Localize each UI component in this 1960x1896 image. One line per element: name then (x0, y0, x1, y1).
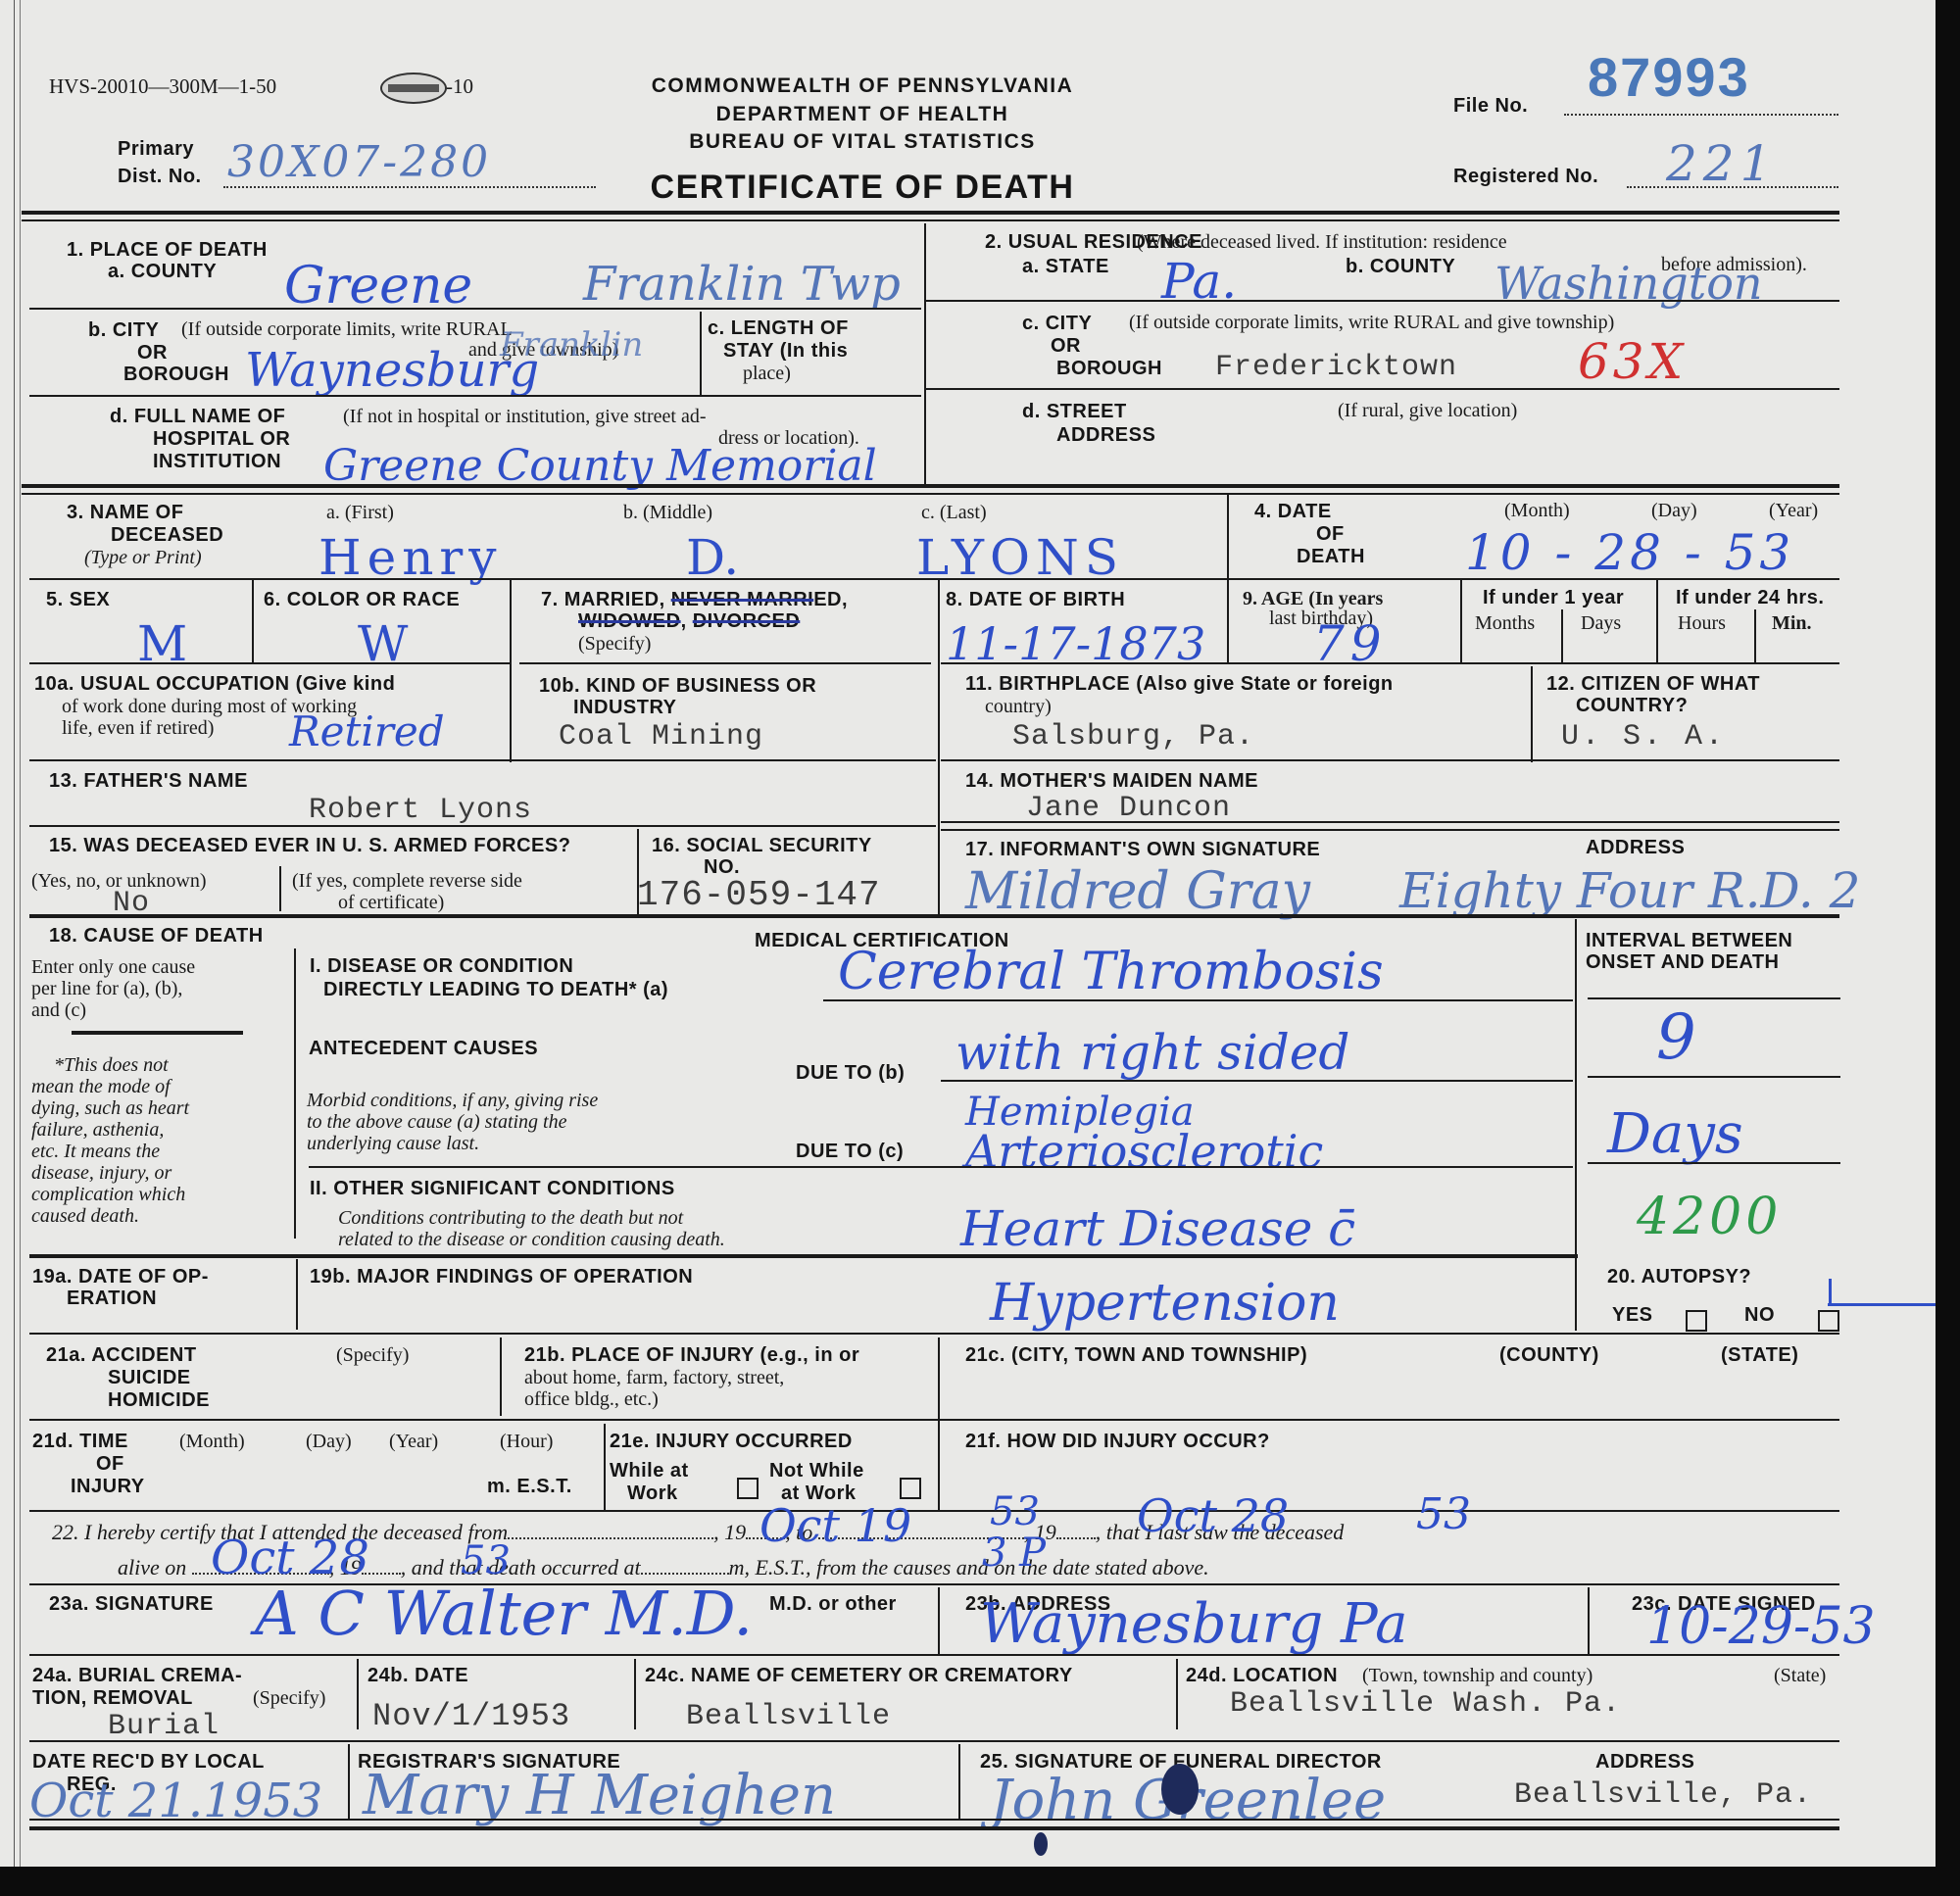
form-suffix: -10 (446, 75, 473, 98)
ssn-label: 16. SOCIAL SECURITY (652, 836, 872, 856)
cause-footnote: disease, injury, or (31, 1162, 171, 1184)
death-county-value[interactable]: Greene (284, 257, 472, 316)
divider (29, 1819, 1839, 1821)
injury-time-label: OF (96, 1454, 124, 1475)
interval-line (1588, 997, 1840, 999)
other-conditions-note: related to the disease or condition caus… (338, 1229, 725, 1250)
disposition-label: TION, REMOVAL (32, 1688, 193, 1709)
accident-label: 21a. ACCIDENT (46, 1345, 197, 1366)
cause-instructions: Enter only one cause (31, 956, 195, 978)
marital-status-label: 7. MARRIED, NEVER MARRIED, (541, 590, 848, 610)
date-of-birth-label: 8. DATE OF BIRTH (946, 590, 1125, 610)
time-of-death[interactable]: 3 P (982, 1531, 1046, 1576)
md-label: M.D. or other (769, 1594, 897, 1615)
divider (1460, 580, 1462, 664)
divider (29, 578, 1839, 580)
business-label: 10b. KIND OF BUSINESS OR (539, 676, 816, 697)
autopsy-no-mark (1828, 1303, 1935, 1306)
injury-time-label: 21d. TIME (32, 1432, 128, 1452)
morbid-note: to the above cause (a) stating the (307, 1111, 567, 1133)
city-label: OR (137, 343, 168, 364)
divider (29, 308, 921, 310)
divider (941, 662, 1839, 664)
length-of-stay-label: place) (743, 363, 791, 384)
citizenship-label: COUNTRY? (1576, 696, 1688, 716)
divider (1531, 666, 1533, 762)
injury-hour-label: (Hour) (500, 1431, 553, 1452)
primary-dist-label: Dist. No. (118, 167, 202, 187)
not-while-at-work-checkbox[interactable] (900, 1478, 921, 1499)
injury-state-label: (STATE) (1721, 1345, 1798, 1366)
registered-no-label: Registered No. (1453, 167, 1598, 187)
hospital-label: HOSPITAL OR (153, 429, 290, 450)
date-of-death-label: 4. DATE (1254, 502, 1332, 522)
year-label: (Year) (1769, 500, 1818, 521)
burial-location-label: 24d. LOCATION (1186, 1666, 1338, 1686)
under-year-label: If under 1 year (1483, 588, 1624, 608)
cause-footnote: complication which (31, 1184, 185, 1205)
divider (22, 493, 1839, 495)
cause-of-death-title: 18. CAUSE OF DEATH (49, 926, 264, 947)
operation-findings-label: 19b. MAJOR FINDINGS OF OPERATION (310, 1267, 693, 1288)
burial-state-label: (State) (1774, 1665, 1826, 1686)
autopsy-no-checkbox[interactable] (1818, 1310, 1839, 1332)
injury-day-label: (Day) (306, 1431, 352, 1452)
divider (29, 1419, 1839, 1421)
burial-date-value[interactable]: Nov/1/1953 (372, 1698, 570, 1734)
due-to-c-label: DUE TO (c) (796, 1142, 904, 1162)
divider (294, 948, 296, 1239)
physician-signature-label: 23a. SIGNATURE (49, 1594, 214, 1615)
divider (29, 1826, 1839, 1830)
ssn-value[interactable]: 176-059-147 (637, 875, 881, 915)
cemetery-value[interactable]: Beallsville (686, 1700, 891, 1733)
name-label: 3. NAME OF (67, 503, 183, 523)
disposition-specify: (Specify) (253, 1687, 325, 1709)
divider (357, 1659, 359, 1729)
hours-label: Hours (1678, 612, 1726, 634)
marital-status-label: WIDOWED, DIVORCED (578, 611, 800, 632)
residence-city-label: OR (1051, 336, 1081, 357)
length-of-stay-label: STAY (In this (723, 341, 848, 362)
attended-from-year[interactable]: 53 (990, 1489, 1040, 1534)
informant-address-label: ADDRESS (1586, 838, 1685, 858)
father-name-value[interactable]: Robert Lyons (309, 794, 532, 827)
interval-label: INTERVAL BETWEEN (1586, 931, 1792, 951)
usual-residence-note: (Where deceased lived. If institution: r… (1137, 231, 1507, 253)
accident-specify: (Specify) (336, 1344, 409, 1366)
divider (700, 312, 702, 396)
divider (29, 914, 1839, 918)
business-value[interactable]: Coal Mining (559, 720, 763, 754)
primary-dist-label: Primary (118, 139, 194, 160)
divider (938, 1587, 940, 1654)
occupation-label: 10a. USUAL OCCUPATION (Give kind (34, 674, 395, 695)
divider (296, 1259, 298, 1330)
residence-city-note: (If outside corporate limits, write RURA… (1129, 312, 1614, 333)
divider (29, 662, 510, 664)
divider (1561, 609, 1563, 664)
last-name-label: c. (Last) (921, 502, 987, 523)
other-conditions-value-1[interactable]: Heart Disease c̄ (960, 1200, 1355, 1257)
divider (348, 1744, 350, 1819)
operation-date-label: 19a. DATE OF OP- (32, 1267, 209, 1288)
divider (22, 211, 1839, 215)
date-of-death-label: OF (1316, 524, 1345, 545)
autopsy-no-label: NO (1744, 1305, 1775, 1326)
divider (1227, 580, 1229, 664)
residence-city-label: c. CITY (1022, 314, 1092, 334)
hospital-label: INSTITUTION (153, 452, 281, 472)
city-label: BOROUGH (123, 365, 229, 385)
death-township-value[interactable]: Franklin Twp (583, 257, 901, 312)
divider (941, 821, 1839, 823)
org-name: COMMONWEALTH OF PENNSYLVANIA (608, 75, 1117, 97)
other-conditions-note: Conditions contributing to the death but… (338, 1207, 683, 1229)
days-label: Days (1581, 612, 1621, 634)
cause-b-value[interactable]: with right sided (955, 1024, 1349, 1081)
disposition-label: 24a. BURIAL CREMA- (32, 1666, 242, 1686)
business-label: INDUSTRY (573, 698, 676, 718)
cause-instructions: per line for (a), (b), (31, 978, 182, 999)
primary-dist-number: 30X07-280 (227, 137, 491, 187)
divider (1588, 1587, 1590, 1654)
divider (72, 1031, 243, 1035)
divider (29, 1654, 1839, 1656)
form-code: HVS-20010—300M—1-50 (49, 75, 276, 98)
morbid-note: underlying cause last. (307, 1133, 479, 1154)
divider (309, 1166, 1573, 1168)
armed-forces-sub: (If yes, complete reverse side (292, 870, 522, 892)
informant-signature[interactable]: Mildred Gray (965, 862, 1310, 921)
divider (634, 1659, 636, 1729)
state-label: a. STATE (1022, 257, 1109, 277)
cemetery-label: 24c. NAME OF CEMETERY OR CREMATORY (645, 1666, 1073, 1686)
informant-label: 17. INFORMANT'S OWN SIGNATURE (965, 840, 1320, 860)
birthplace-value[interactable]: Salsburg, Pa. (1012, 720, 1254, 754)
accident-label: HOMICIDE (108, 1390, 210, 1411)
divider (29, 759, 936, 761)
interval-value[interactable]: 9 (1656, 1001, 1696, 1074)
autopsy-yes-checkbox[interactable] (1686, 1310, 1707, 1332)
middle-name-label: b. (Middle) (623, 502, 712, 523)
armed-forces-label: 15. WAS DECEASED EVER IN U. S. ARMED FOR… (49, 836, 570, 856)
interval-unit[interactable]: Days (1607, 1102, 1743, 1166)
file-no-line (1564, 114, 1838, 116)
file-no-stamp: 87993 (1588, 45, 1750, 109)
cause-footnote: dying, such as heart (31, 1097, 189, 1119)
day-label: (Day) (1651, 500, 1697, 521)
cause-c-value-2[interactable]: Arteriosclerotic (965, 1125, 1323, 1178)
city-label: b. CITY (88, 320, 159, 341)
cause-a-value[interactable]: Cerebral Thrombosis (838, 943, 1384, 1001)
name-label: DECEASED (111, 525, 223, 546)
registered-no-value: 221 (1666, 135, 1777, 192)
autopsy-no-mark (1829, 1279, 1832, 1306)
race-label: 6. COLOR OR RACE (264, 590, 460, 610)
occupation-label: life, even if retired) (62, 717, 214, 739)
attended-to-date[interactable]: Oct 28 (1137, 1489, 1289, 1542)
divider (926, 388, 1839, 390)
cause-footnote: etc. It means the (31, 1141, 160, 1162)
divider (938, 580, 940, 762)
divider (938, 1337, 940, 1510)
divider (1754, 609, 1756, 664)
certificate-paper: HVS-20010—300M—1-50 -10 Primary Dist. No… (0, 0, 1935, 1867)
page-border-line (14, 0, 15, 1867)
interval-line (1588, 1162, 1840, 1164)
under-day-label: If under 24 hrs. (1676, 588, 1824, 608)
divider (924, 223, 926, 488)
place-of-injury-label: office bldg., etc.) (524, 1388, 659, 1410)
date-received-label: DATE REC'D BY LOCAL (32, 1752, 265, 1773)
place-of-death-title: 1. PLACE OF DEATH (67, 240, 268, 261)
disease-label: I. DISEASE OR CONDITION (310, 956, 573, 977)
informant-address-value[interactable]: Eighty Four R.D. 2 (1399, 862, 1860, 919)
divider (519, 662, 931, 664)
divider (938, 762, 940, 833)
while-at-work-checkbox[interactable] (737, 1478, 759, 1499)
divider (958, 1744, 960, 1819)
date-of-death-label: DEATH (1297, 547, 1365, 567)
not-while-at-work-label: Not While (769, 1461, 864, 1482)
citizenship-value[interactable]: U. S. A. (1561, 720, 1726, 754)
disposition-value[interactable]: Burial (108, 1710, 220, 1743)
physician-signature[interactable]: A C Walter M.D. (255, 1578, 753, 1649)
cause-footnote: *This does not (54, 1054, 169, 1076)
autopsy-yes-label: YES (1612, 1305, 1653, 1326)
street-note: (If rural, give location) (1338, 400, 1517, 421)
marital-specify: (Specify) (578, 633, 651, 655)
residence-city-code: 63X (1578, 333, 1687, 390)
cause-instructions: and (c) (31, 999, 86, 1021)
while-at-work-label: While at (610, 1461, 689, 1482)
divider (29, 1510, 1839, 1512)
antecedent-label: ANTECEDENT CAUSES (309, 1039, 538, 1059)
place-of-injury-label: 21b. PLACE OF INJURY (e.g., in or (524, 1345, 859, 1366)
divider (29, 395, 921, 397)
street-label: d. STREET (1022, 402, 1127, 422)
residence-city-label: BOROUGH (1056, 359, 1162, 379)
sex-label: 5. SEX (46, 590, 110, 610)
interval-label: ONSET AND DEATH (1586, 952, 1780, 973)
months-label: Months (1475, 612, 1535, 634)
morbid-note: Morbid conditions, if any, giving rise (307, 1090, 598, 1111)
injury-est-label: m. E.S.T. (487, 1477, 572, 1497)
page-border-line (20, 0, 21, 1867)
divider (22, 219, 1839, 221)
first-name-label: a. (First) (326, 502, 394, 523)
citizenship-label: 12. CITIZEN OF WHAT (1546, 674, 1760, 695)
while-at-work-label: Work (627, 1483, 678, 1504)
cause-footnote: failure, asthenia, (31, 1119, 164, 1141)
date-of-death-value[interactable]: 10 - 28 - 53 (1465, 524, 1794, 581)
mother-name-value[interactable]: Jane Duncon (1026, 792, 1231, 825)
divider (941, 829, 1839, 831)
injury-month-label: (Month) (179, 1431, 245, 1452)
disease-label: DIRECTLY LEADING TO DEATH* (a) (323, 980, 668, 1000)
mother-name-label: 14. MOTHER'S MAIDEN NAME (965, 771, 1258, 792)
injury-year-label: (Year) (389, 1431, 438, 1452)
divider (1227, 495, 1229, 583)
date-signed-value[interactable]: 10-29-53 (1646, 1597, 1876, 1656)
burial-location-value[interactable]: Beallsville Wash. Pa. (1230, 1687, 1621, 1721)
injury-county-label: (COUNTY) (1499, 1345, 1599, 1366)
divider (604, 1424, 606, 1510)
armed-forces-sub: of certificate) (338, 892, 444, 913)
operation-date-label: ERATION (67, 1288, 157, 1309)
cause-footnote: caused death. (31, 1205, 139, 1227)
hospital-note: (If not in hospital or institution, give… (343, 406, 707, 427)
burial-date-label: 24b. DATE (367, 1666, 468, 1686)
file-no-label: File No. (1453, 96, 1528, 117)
ink-blot (1034, 1832, 1048, 1856)
death-city-overwrite: Franklin (500, 325, 643, 365)
divider (1575, 919, 1577, 1331)
funeral-director-address-label: ADDRESS (1595, 1752, 1694, 1773)
divider (1656, 580, 1658, 664)
injury-location-label: 21c. (CITY, TOWN AND TOWNSHIP) (965, 1345, 1307, 1366)
birthplace-label: 11. BIRTHPLACE (Also give State or forei… (965, 674, 1394, 695)
accident-label: SUICIDE (108, 1368, 191, 1388)
birthplace-label: country) (985, 696, 1052, 717)
funeral-director-address-value[interactable]: Beallsville, Pa. (1514, 1778, 1812, 1812)
street-address-field[interactable] (1127, 431, 1813, 470)
death-city-value[interactable]: Waynesburg (245, 343, 539, 398)
physician-address-value[interactable]: Waynesburg Pa (980, 1592, 1408, 1656)
length-of-stay-label: c. LENGTH OF (708, 318, 849, 339)
divider (941, 759, 1839, 761)
name-label: (Type or Print) (84, 547, 202, 568)
divider (22, 484, 1839, 488)
month-label: (Month) (1504, 500, 1570, 521)
due-to-b-label: DUE TO (b) (796, 1063, 905, 1084)
divider (29, 1740, 1839, 1742)
hospital-label: d. FULL NAME OF (110, 407, 285, 427)
burial-location-note: (Town, township and county) (1362, 1665, 1592, 1686)
divider (29, 1254, 1578, 1258)
page-title: CERTIFICATE OF DEATH (588, 170, 1137, 206)
divider (926, 300, 1839, 302)
residence-city-value[interactable]: Fredericktown (1215, 351, 1457, 384)
injury-time-label: INJURY (71, 1477, 145, 1497)
interval-line (1588, 1076, 1840, 1078)
age-label: 9. AGE (In years (1243, 588, 1383, 609)
how-injury-label: 21f. HOW DID INJURY OCCUR? (965, 1432, 1270, 1452)
union-bug-icon (380, 73, 447, 104)
cause-footnote: mean the mode of (31, 1076, 171, 1097)
divider (500, 1337, 502, 1416)
injury-occurred-label: 21e. INJURY OCCURRED (610, 1432, 853, 1452)
city-note: (If outside corporate limits, write RURA… (181, 318, 513, 340)
divider (29, 825, 936, 827)
divider (938, 829, 940, 917)
occupation-value[interactable]: Retired (289, 707, 445, 755)
bureau-name: BUREAU OF VITAL STATISTICS (608, 131, 1117, 153)
divider (1176, 1659, 1178, 1729)
attended-to-year[interactable]: 53 (1416, 1489, 1471, 1539)
cause-code: 4200 (1637, 1188, 1782, 1246)
county-label: b. COUNTY (1346, 257, 1455, 277)
divider (29, 1333, 1839, 1335)
department-name: DEPARTMENT OF HEALTH (608, 104, 1117, 125)
divider (279, 866, 281, 911)
attended-from-date[interactable]: Oct 19 (759, 1499, 911, 1552)
ink-blot (1161, 1764, 1199, 1815)
divider (252, 580, 254, 662)
other-conditions-label: II. OTHER SIGNIFICANT CONDITIONS (310, 1179, 675, 1199)
other-conditions-value-2[interactable]: Hypertension (990, 1274, 1340, 1333)
county-label: a. COUNTY (108, 262, 217, 282)
place-of-injury-label: about home, farm, factory, street, (524, 1367, 784, 1388)
divider (510, 580, 512, 762)
autopsy-label: 20. AUTOPSY? (1607, 1267, 1751, 1288)
father-name-label: 13. FATHER'S NAME (49, 771, 248, 792)
min-label: Min. (1772, 612, 1812, 634)
